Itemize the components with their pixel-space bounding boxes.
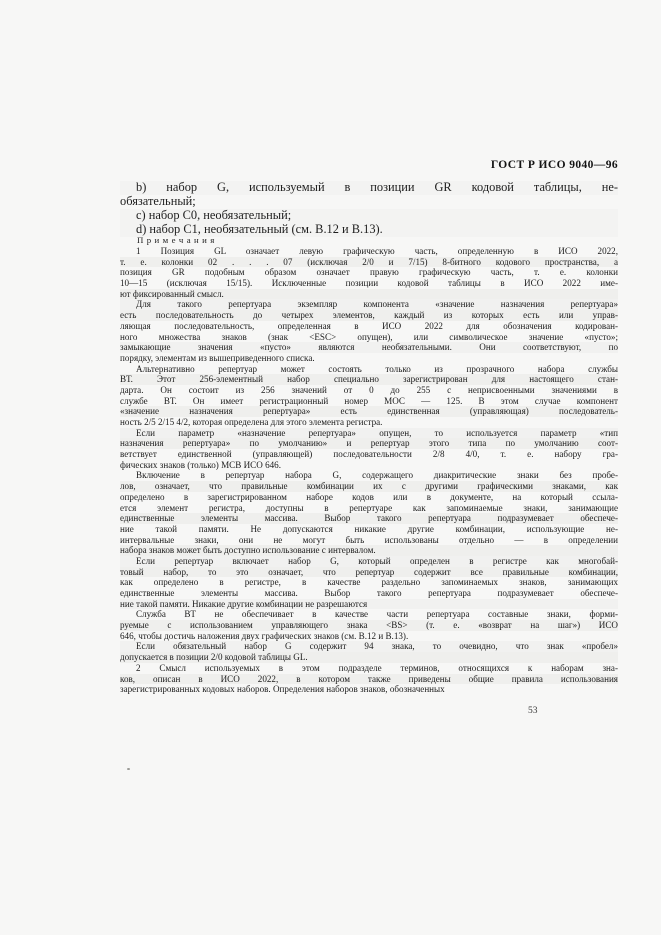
- text-line: замыкающие значения «пусто» являются нео…: [120, 342, 618, 353]
- note-paragraph: Если обязательный набор G содержит 94 зн…: [120, 641, 618, 662]
- document-page: ГОСТ Р ИСО 9040—96 b) набор G, используе…: [0, 0, 661, 935]
- text-line: ного множества знаков (знак <ESC> опущен…: [120, 332, 618, 343]
- note-paragraph: Для такого репертуара экземпляр компонен…: [120, 299, 618, 363]
- list-item: c) набор C0, необязательный;: [120, 209, 618, 223]
- list-item: b) набор G, используемый в позиции GR ко…: [120, 181, 618, 209]
- text-line: ют фиксированный смысл.: [120, 289, 618, 300]
- text-line: руемые с использованием управляющего зна…: [120, 620, 618, 631]
- text-line: 1 Позиция GL означает левую графическую …: [120, 246, 618, 257]
- text-line: Включение в репертуар набора G, содержащ…: [120, 470, 618, 481]
- text-line: Если репертуар включает набор G, который…: [120, 556, 618, 567]
- text-line: зарегистрированных кодовых наборов. Опре…: [120, 684, 618, 695]
- text-line: ется элемент регистра, доступны в реперт…: [120, 503, 618, 514]
- text-line: определено в зарегистрированном наборе к…: [120, 492, 618, 503]
- document-header: ГОСТ Р ИСО 9040—96: [120, 159, 618, 171]
- text-line: b) набор G, используемый в позиции GR ко…: [120, 181, 618, 195]
- text-line: Если обязательный набор G содержит 94 зн…: [120, 641, 618, 652]
- scan-speck-artifact: [127, 768, 130, 770]
- text-line: ность 2/5 2/15 4/2, которая определена д…: [120, 417, 618, 428]
- text-line: порядку, элементам из вышеприведенного с…: [120, 353, 618, 364]
- text-line: ВТ. Этот 256-элементный набор специально…: [120, 374, 618, 385]
- text-line: ние такой памяти. Никакие другие комбина…: [120, 599, 618, 610]
- text-line: назначения репертуара» по умолчанию» и р…: [120, 438, 618, 449]
- note-paragraph: Служба ВТ не обеспечивает в качестве час…: [120, 609, 618, 641]
- text-line: 2 Смысл используемых в этом подразделе т…: [120, 663, 618, 674]
- text-line: фических знаков (только) МСВ ИСО 646.: [120, 460, 618, 471]
- text-line: 10—15 (исключая 15/15). Исключенные пози…: [120, 278, 618, 289]
- text-line: 646, чтобы достичь наложения двух графич…: [120, 631, 618, 642]
- notes-body: 1 Позиция GL означает левую графическую …: [120, 246, 618, 695]
- text-line: Альтернативно репертуар может состоять т…: [120, 364, 618, 375]
- text-line: товый набор, то это означает, что реперт…: [120, 567, 618, 578]
- text-line: единственные элементы массива. Выбор так…: [120, 588, 618, 599]
- text-line: как определено в регистре, в качестве ра…: [120, 577, 618, 588]
- text-line: Для такого репертуара экземпляр компонен…: [120, 299, 618, 310]
- note-paragraph: 2 Смысл используемых в этом подразделе т…: [120, 663, 618, 695]
- note-paragraph: Если репертуар включает набор G, который…: [120, 556, 618, 609]
- text-line: обязательный;: [120, 195, 618, 209]
- text-line: единственные элементы массива. Выбор так…: [120, 513, 618, 524]
- note-paragraph: Альтернативно репертуар может состоять т…: [120, 364, 618, 428]
- text-line: интервальные знаки, они не могут быть ис…: [120, 535, 618, 546]
- note-paragraph: 1 Позиция GL означает левую графическую …: [120, 246, 618, 299]
- page-number: 53: [528, 706, 538, 716]
- text-line: позиция GR подобным образом означает пра…: [120, 267, 618, 278]
- text-line: дарта. Он состоит из 256 значений от 0 д…: [120, 385, 618, 396]
- text-line: ляющая последовательность, определенная …: [120, 321, 618, 332]
- text-line: службе ВТ. Он имеет регистрационный номе…: [120, 396, 618, 407]
- text-line: Если параметр «назначение репертуара» оп…: [120, 428, 618, 439]
- text-line: c) набор C0, необязательный;: [120, 209, 618, 223]
- text-line: ние такой памяти. Не допускаются никакие…: [120, 524, 618, 535]
- note-paragraph: Включение в репертуар набора G, содержащ…: [120, 470, 618, 556]
- text-line: Служба ВТ не обеспечивает в качестве час…: [120, 609, 618, 620]
- text-line: ков, описан в ИСО 2022, в котором также …: [120, 674, 618, 685]
- text-line: набора знаков может быть доступно исполь…: [120, 545, 618, 556]
- notes-heading: П р и м е ч а н и я: [137, 235, 215, 245]
- note-paragraph: Если параметр «назначение репертуара» оп…: [120, 428, 618, 471]
- text-line: «значение назначения репертуара» есть ед…: [120, 406, 618, 417]
- text-line: лов, означает, что правильные комбинации…: [120, 481, 618, 492]
- text-line: т. е. колонки 02 . . . 07 (исключая 2/0 …: [120, 257, 618, 268]
- text-line: ветствует единственной (управляющей) пос…: [120, 449, 618, 460]
- text-line: есть последовательность до четырех элеме…: [120, 310, 618, 321]
- text-line: допускается в позиции 2/0 кодовой таблиц…: [120, 652, 618, 663]
- enumeration-list: b) набор G, используемый в позиции GR ко…: [120, 181, 618, 237]
